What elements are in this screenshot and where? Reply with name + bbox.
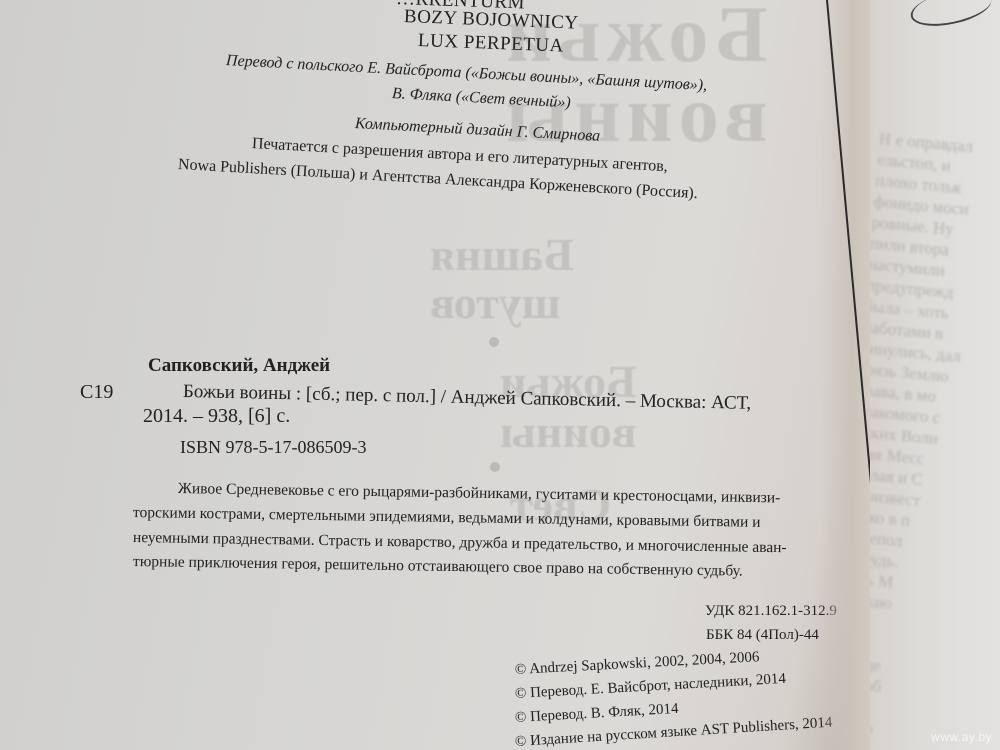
facing-page: Н е оправдал ельстоп, иплохо толькфонидо… [870,0,1000,750]
left-page: Божьи воины Башня шутов Божьи воины Свет… [0,0,860,750]
bbk-code: ББК 84 (4Пол)-44 [706,627,819,644]
annotation-line-4: тюрные приключения героя, решительно отс… [133,553,743,581]
udk-code: УДК 821.162.1-312.9 [705,603,837,620]
facing-page-text: Н е оправдал ельстоп, иплохо толькфонидо… [870,128,1000,747]
bleed-through-dot [489,337,499,347]
watermark: www.ay.by [931,730,992,744]
flourish-ornament-icon [908,0,995,32]
title-line-lux-perpetua: LUX PERPETUA [418,30,565,58]
annotation-line-3: неуемными празднествами. Страсть и ковар… [133,529,787,557]
bleed-through-tower: Башня [430,228,574,281]
bleed-through-dot-2 [490,462,500,472]
bleed-through-warriors: воины [500,405,636,458]
copyright-line-3: © Перевод. В. Фляк, 2014 [515,701,679,727]
year-pages: 2014. – 938, [6] с. [143,405,290,428]
annotation-line-2: торскими кострами, смертельными эпидемия… [133,504,761,532]
annotation-line-1: Живое Средневековье с его рыцарями-разбо… [178,480,781,507]
isbn: ISBN 978-5-17-086509-3 [180,437,367,458]
call-number: С19 [80,381,113,404]
author-name: Сапковский, Анджей [148,355,330,377]
bleed-through-jesters: шутов [430,276,561,329]
